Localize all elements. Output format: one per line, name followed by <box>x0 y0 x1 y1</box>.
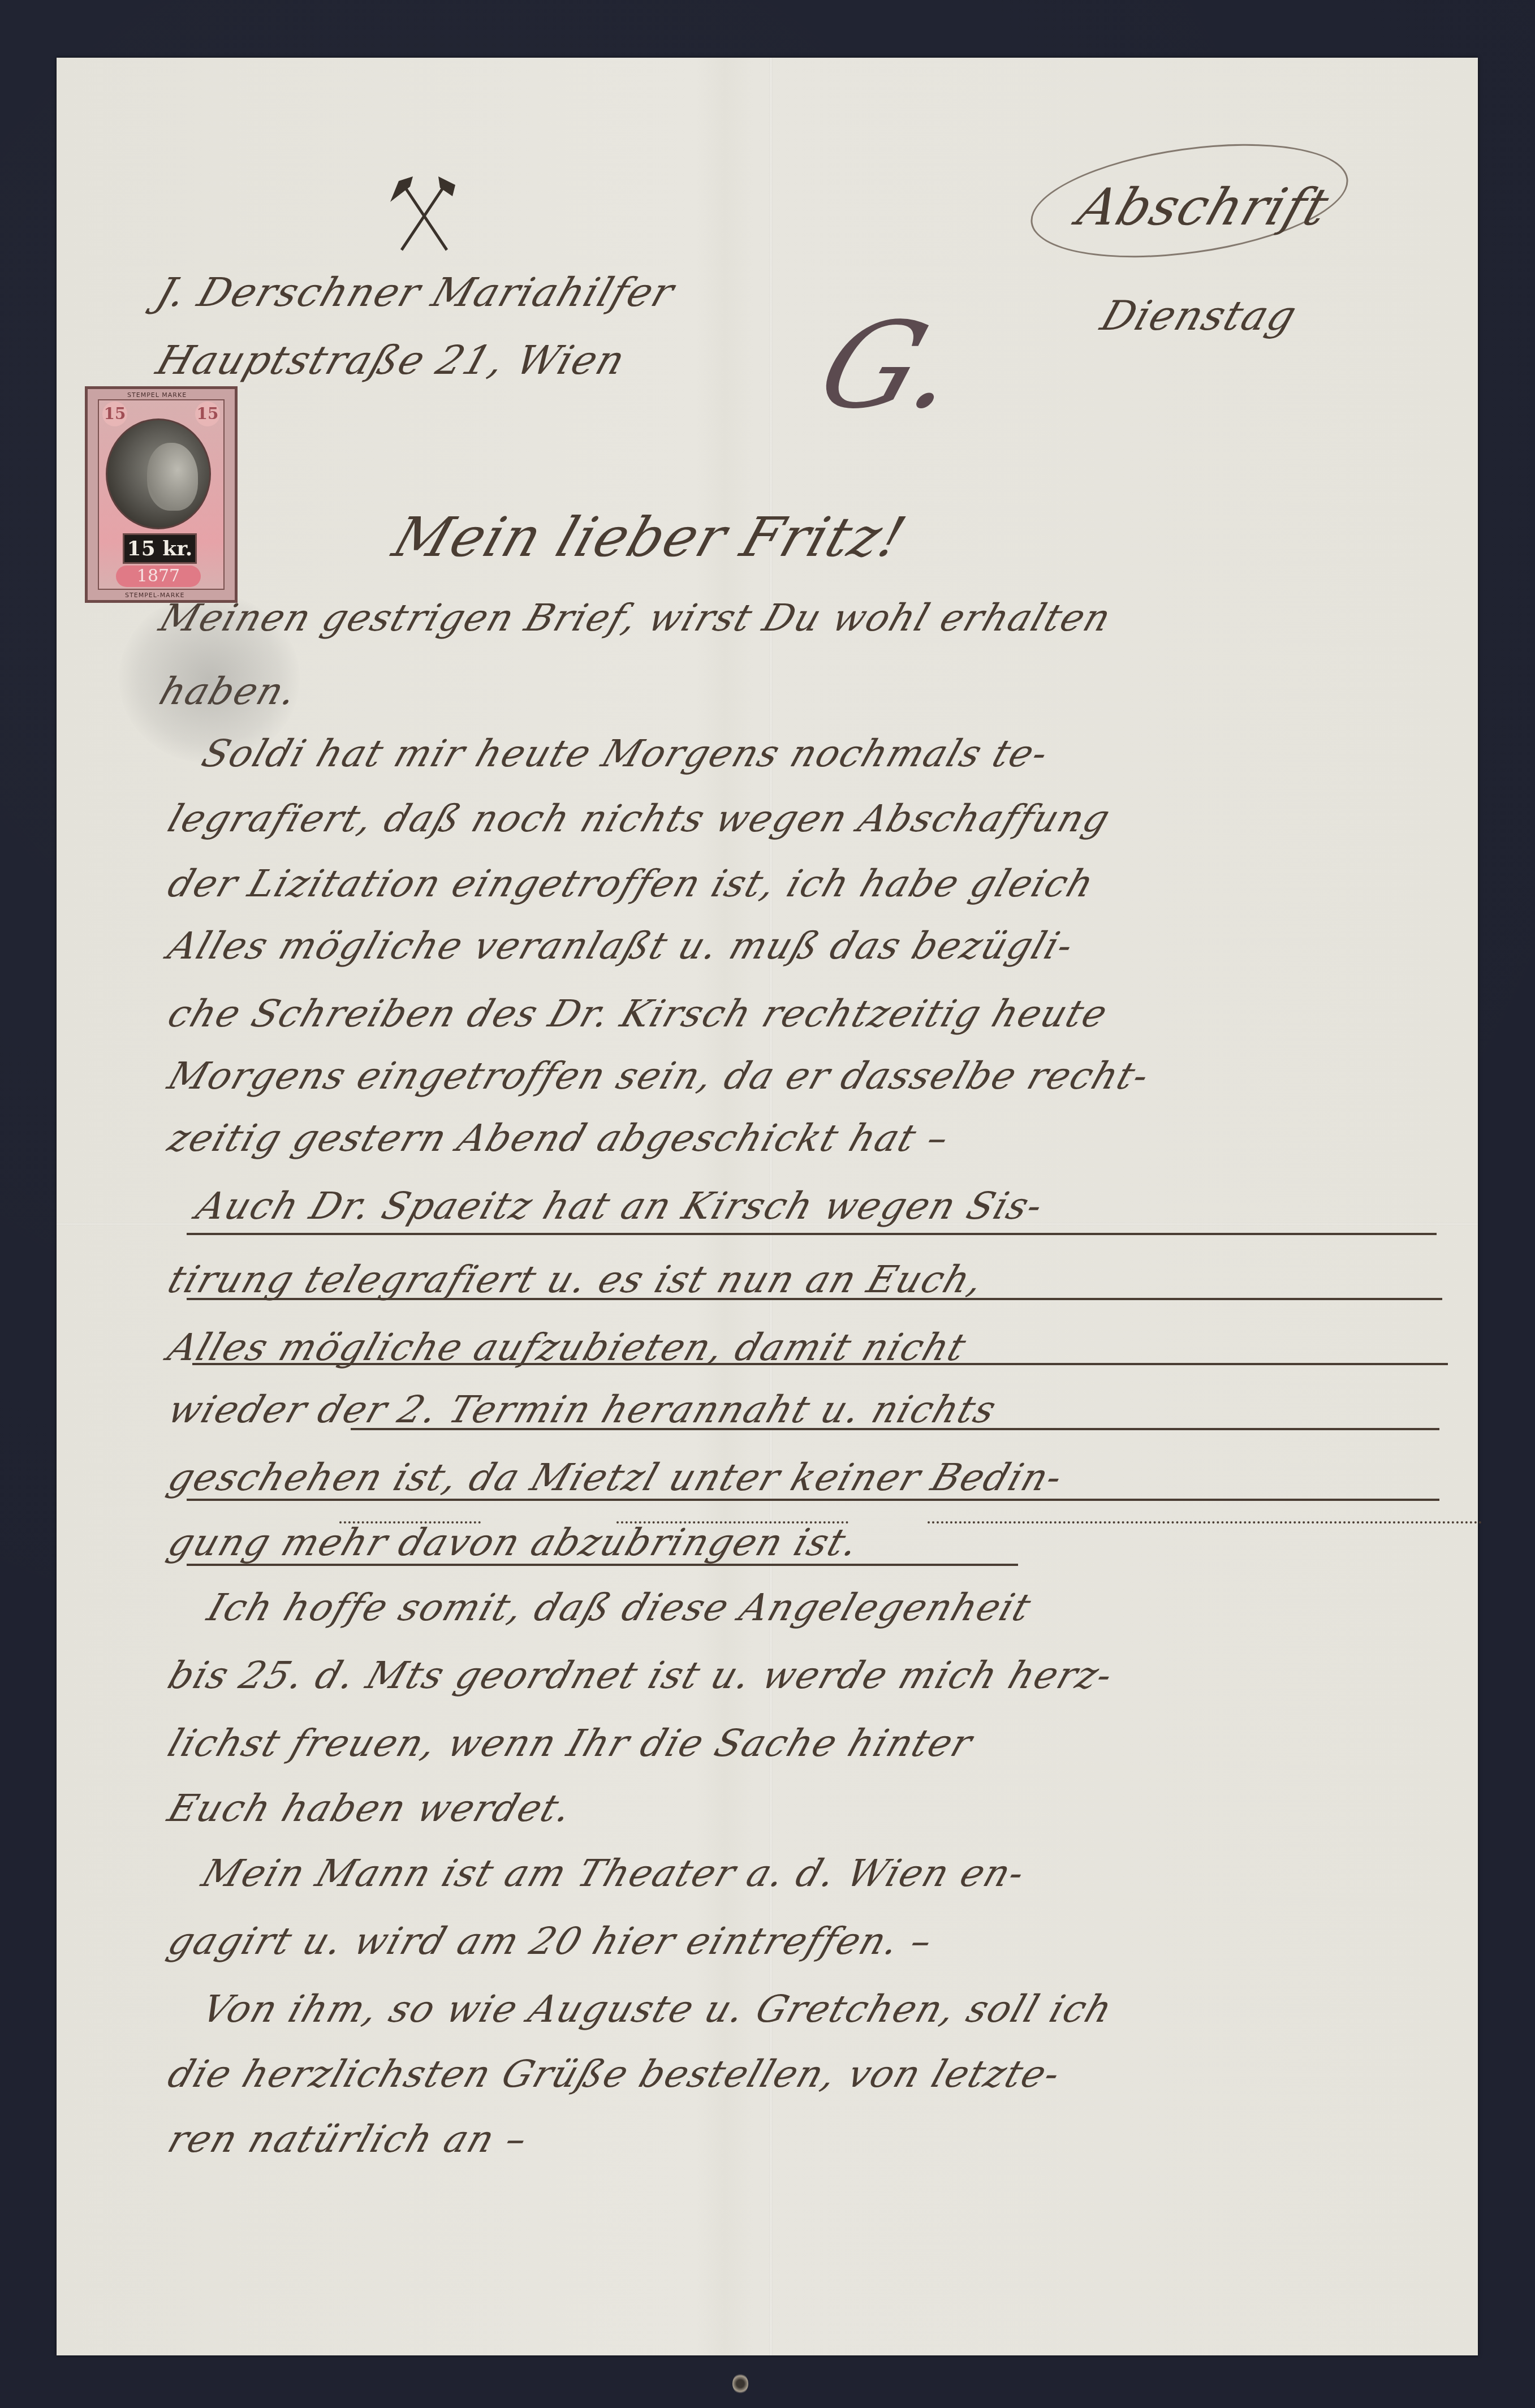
letter-line: Alles mögliche aufzubieten, damit nicht <box>163 1329 971 1366</box>
weekday: Dienstag <box>1096 295 1302 336</box>
cancellation-mark <box>119 594 300 763</box>
portrait-icon <box>147 443 198 511</box>
letter-line: Meinen gestrigen Brief, wirst Du wohl er… <box>155 599 1116 637</box>
stamp-corner-left: 15 <box>102 402 127 426</box>
initial-letter: G. <box>807 307 976 425</box>
letter-line: Euch haben werdet. <box>163 1790 577 1827</box>
portrait-medallion <box>106 418 211 529</box>
underline <box>192 1363 1448 1365</box>
underline <box>187 1298 1442 1300</box>
letter-line: gagirt u. wird am 20 hier eintreffen. – <box>163 1923 938 1960</box>
letter-line: die herzlichsten Grüße bestellen, von le… <box>163 2056 1066 2093</box>
letter-line: Von ihm, so wie Auguste u. Gretchen, sol… <box>197 1991 1118 2028</box>
copy-label: Abschrift <box>1072 182 1335 233</box>
letter-sheet: J. Derschner Mariahilfer Hauptstraße 21,… <box>57 58 1478 2355</box>
underline <box>187 1499 1439 1501</box>
stamp-bottom-label: STEMPEL-MARKE <box>125 592 184 599</box>
wavy-underline <box>616 1516 848 1524</box>
letter-line: ren natürlich an – <box>163 2121 532 2158</box>
letter-line: Mein Mann ist am Theater a. d. Wien en- <box>197 1855 1030 1892</box>
letter-line: tirung telegrafiert u. es ist nun an Euc… <box>163 1261 989 1298</box>
letter-line: legrafiert, daß noch nichts wegen Abscha… <box>163 800 1115 838</box>
salutation: Mein lieber Fritz! <box>387 510 912 564</box>
letter-line: wieder der 2. Termin herannaht u. nichts <box>163 1391 1001 1429</box>
paper-damage-hole <box>732 2374 748 2394</box>
letter-line: Auch Dr. Spaeitz hat an Kirsch wegen Sis… <box>192 1188 1048 1225</box>
crossed-hammers-icon <box>385 171 464 256</box>
letter-line: che Schreiben des Dr. Kirsch rechtzeitig… <box>163 995 1113 1033</box>
letter-line: Morgens eingetroffen sein, da er dasselb… <box>163 1058 1154 1095</box>
letter-line: Ich hoffe somit, daß diese Angelegenheit <box>203 1589 1036 1626</box>
letter-line: Alles mögliche veranlaßt u. muß das bezü… <box>163 927 1079 965</box>
wavy-underline <box>928 1516 1482 1524</box>
underline <box>187 1564 1018 1566</box>
letter-line: der Lizitation eingetroffen ist, ich hab… <box>163 865 1099 903</box>
underline <box>187 1233 1437 1235</box>
letter-line: zeitig gestern Abend abgeschickt hat – <box>163 1120 954 1157</box>
sender-address: Hauptstraße 21, Wien <box>152 340 631 380</box>
stamp-corner-right: 15 <box>195 402 220 426</box>
stamp-top-label: STEMPEL MARKE <box>127 391 187 399</box>
stamp-year: 1877 <box>116 566 201 587</box>
wavy-underline <box>339 1516 481 1524</box>
letter-line: lichst freuen, wenn Ihr die Sache hinter <box>163 1725 977 1762</box>
letter-line: bis 25. d. Mts geordnet ist u. werde mic… <box>163 1657 1118 1694</box>
stamp-denomination: 15 kr. <box>123 533 197 564</box>
letter-line: Soldi hat mir heute Morgens nochmals te- <box>197 735 1053 773</box>
sender-name: J. Derschner Mariahilfer <box>152 273 680 312</box>
letter-line: gung mehr davon abzubringen ist. <box>163 1524 864 1561</box>
letter-line: geschehen ist, da Mietzl unter keiner Be… <box>163 1459 1067 1496</box>
underline <box>351 1428 1439 1430</box>
revenue-stamp: STEMPEL MARKE 15 15 15 kr. 1877 STEMPEL-… <box>85 386 238 603</box>
